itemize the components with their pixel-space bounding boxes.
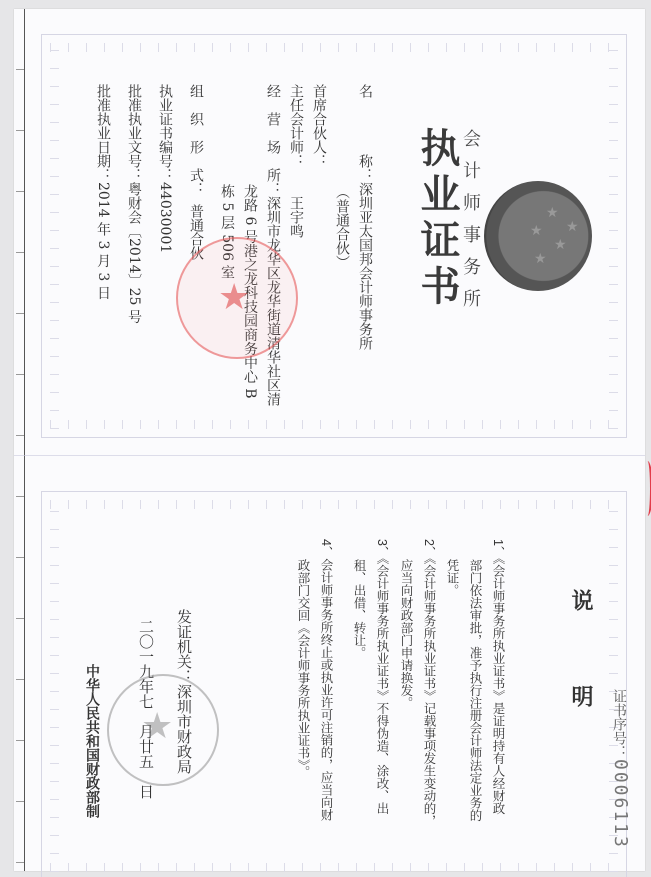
scanned-page: ★ ★ ★ ★ ★ 会计师事务所 执业证书 名 称：深圳亚太国邦会计师事务所 （… xyxy=(14,9,645,871)
field-label: 经 营 场 所： xyxy=(263,84,283,196)
serial-number: 0006113 xyxy=(610,759,631,849)
field-label: 首席合伙人： xyxy=(309,84,329,168)
field-chief-partner: 首席合伙人： xyxy=(309,84,329,168)
note-item-3-line2: 租、出借、转让。 xyxy=(350,559,368,659)
field-approval-document: 批准执业文号：粤财会〔2014〕25 号 xyxy=(124,84,144,324)
field-value: （普通合伙） xyxy=(334,185,350,269)
field-label: 组 织 形 式： xyxy=(186,84,206,196)
note-item-4-line2: 政部门交回《会计师事务所执业证书》。 xyxy=(294,559,312,778)
field-label: 执业证书编号： xyxy=(155,84,175,182)
note-item-1-line3: 凭证。 xyxy=(443,559,461,597)
field-label: 批准执业日期： xyxy=(93,84,113,182)
note-item-4: 4、会计师事务所终止或执业许可注销的，应当向财 xyxy=(317,539,335,821)
field-name: 名 称：深圳亚太国邦会计师事务所 xyxy=(355,84,375,350)
field-chief-accountant: 主任会计师：王宇鸣 xyxy=(286,84,306,238)
field-label: 批准执业文号： xyxy=(124,84,144,182)
certificate-title: 执业证书 xyxy=(409,127,466,311)
field-certificate-number: 执业证书编号：44030001 xyxy=(155,84,175,253)
binding-edge xyxy=(24,9,25,871)
field-label: 主任会计师： xyxy=(286,84,306,168)
field-value: 王宇鸣 xyxy=(286,196,306,238)
field-value: 2014 年 3 月 3 日 xyxy=(95,182,111,300)
finance-bureau-seal-icon: ★ xyxy=(107,674,219,786)
national-emblem-icon: ★ ★ ★ ★ ★ xyxy=(484,181,592,291)
notes-title: 说 明 xyxy=(566,589,597,733)
note-item-1-line2: 部门依法审批，准予执行注册会计师法定业务的 xyxy=(466,559,484,822)
certificate-serial: 证书序号：0006113 xyxy=(610,689,631,849)
note-item-2: 2、《会计师事务所执业证书》记载事项发生变动的， xyxy=(420,539,438,827)
field-organization-form: 组 织 形 式：普通合伙 xyxy=(186,84,206,260)
footer-ministry: 中华人民共和国财政部制 xyxy=(82,664,102,818)
field-org-type-note: （普通合伙） xyxy=(332,185,352,269)
serial-label: 证书序号： xyxy=(612,689,628,759)
field-approval-date: 批准执业日期：2014 年 3 月 3 日 xyxy=(93,84,113,300)
field-label: 名 称： xyxy=(355,84,375,182)
page-fold-line xyxy=(14,455,645,456)
field-value: 粤财会〔2014〕25 号 xyxy=(126,182,142,324)
note-item-1: 1、《会计师事务所执业证书》是证明持有人经财政 xyxy=(489,539,507,815)
note-item-2-line2: 应当向财政部门申请换发。 xyxy=(397,559,415,709)
field-value: 深圳亚太国邦会计师事务所 xyxy=(357,182,373,350)
red-pen-mark xyxy=(642,461,651,516)
field-value: 44030001 xyxy=(157,182,173,253)
note-item-3: 3、《会计师事务所执业证书》不得伪造、涂改、出 xyxy=(373,539,391,815)
firm-red-seal-icon: ★ xyxy=(176,237,298,359)
